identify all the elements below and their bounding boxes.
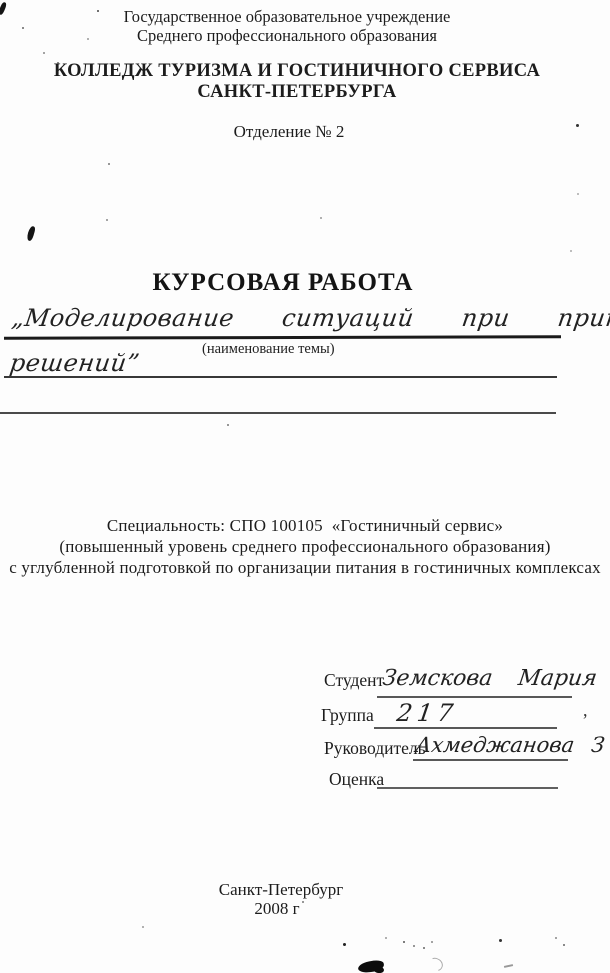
ink-speck	[320, 217, 322, 219]
theme-underline-3	[0, 412, 556, 414]
specialty-line-1: Специальность: СПО 100105 «Гостиничный с…	[0, 516, 610, 536]
group-underline	[374, 727, 557, 729]
handwritten-theme-line-1: „Моделирование ситуаций при принятии	[10, 304, 610, 332]
ink-speck	[343, 943, 346, 946]
handwritten-group-number: 217	[395, 699, 460, 727]
college-name-line-1: КОЛЛЕДЖ ТУРИЗМА И ГОСТИНИЧНОГО СЕРВИСА	[0, 61, 594, 82]
ink-speck	[106, 219, 108, 221]
ink-speck	[403, 941, 405, 943]
ink-speck	[563, 944, 565, 946]
ink-speck	[570, 250, 572, 252]
ink-speck	[385, 937, 387, 939]
ink-speck	[87, 38, 89, 40]
org-line-1: Государственное образовательное учрежден…	[0, 7, 574, 27]
ink-speck	[499, 939, 502, 942]
specialty-line-2: (повышенный уровень среднего профессиона…	[0, 537, 610, 557]
document-title: КУРСОВАЯ РАБОТА	[0, 269, 566, 297]
ink-speck	[108, 163, 110, 165]
ink-speck	[423, 947, 425, 949]
college-name-line-2: САНКТ-ПЕТЕРБУРГА	[0, 82, 594, 103]
ink-speck	[22, 27, 24, 29]
ink-speck	[431, 941, 433, 943]
org-line-2: Среднего профессионального образования	[0, 26, 574, 46]
student-label: Студент	[324, 670, 384, 691]
handwritten-theme-line-2: решений”	[8, 349, 141, 377]
theme-underline-1	[4, 335, 561, 339]
department-line: Отделение № 2	[0, 122, 578, 142]
student-underline	[377, 696, 572, 698]
footer-city: Санкт-Петербург	[0, 880, 562, 900]
grade-label: Оценка	[329, 769, 384, 790]
footer-year: 2008 г	[0, 899, 554, 919]
group-label: Группа	[321, 705, 374, 726]
ink-speck	[227, 424, 229, 426]
ink-speck	[302, 901, 304, 903]
ink-speck	[413, 945, 415, 947]
ink-speck	[43, 52, 45, 54]
scratch-mark	[504, 964, 513, 968]
supervisor-underline	[413, 759, 568, 761]
ink-comma-mark: ,	[583, 700, 588, 721]
supervisor-label: Руководитель	[324, 738, 426, 759]
grade-underline	[377, 787, 558, 789]
ink-mark	[26, 225, 36, 241]
specialty-line-3: с углубленной подготовкой по организации…	[0, 558, 610, 578]
ring-smudge	[426, 955, 445, 973]
ink-speck	[576, 124, 579, 127]
ink-speck	[57, 62, 59, 64]
ink-speck	[577, 193, 579, 195]
ink-speck	[97, 10, 99, 12]
ink-speck	[142, 926, 144, 928]
theme-underline-2	[4, 376, 557, 378]
scanned-title-page: Государственное образовательное учрежден…	[0, 0, 610, 973]
handwritten-student-name: Земскова Мария	[381, 666, 599, 691]
handwritten-supervisor-name: Ахмеджанова З Т.	[414, 733, 610, 757]
ink-speck	[555, 937, 557, 939]
theme-caption: (наименование темы)	[202, 341, 335, 358]
